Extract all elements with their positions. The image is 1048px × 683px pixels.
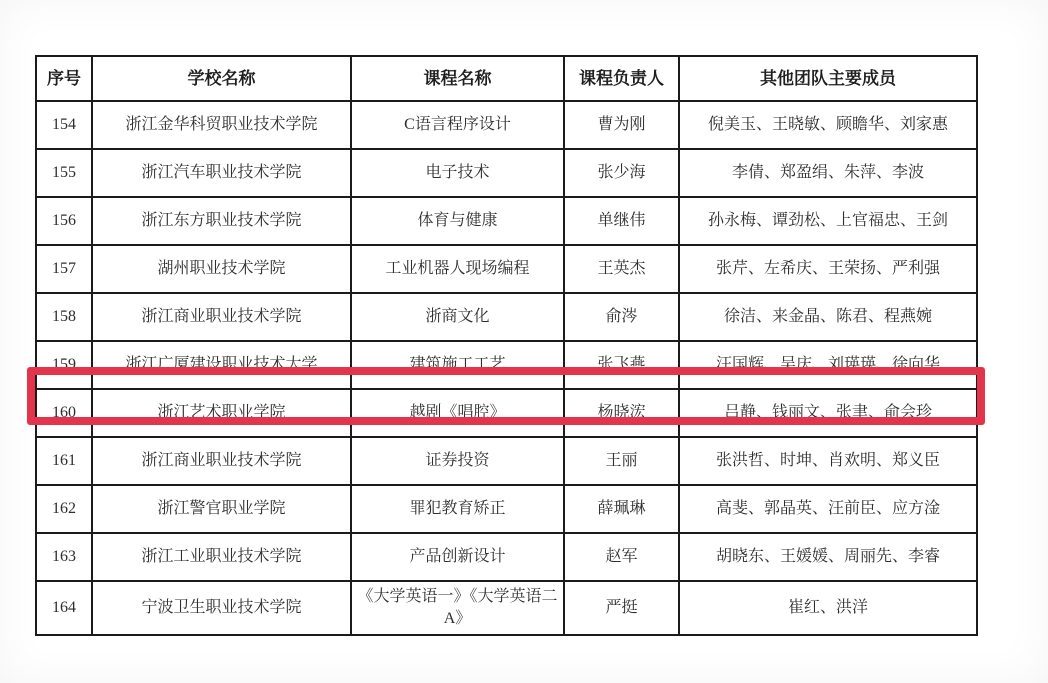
cell-members: 倪美玉、王晓敏、顾瞻华、刘家惠	[679, 101, 977, 149]
table-row: 158 浙江商业职业技术学院 浙商文化 俞涔 徐洁、来金晶、陈君、程燕婉	[36, 293, 977, 341]
cell-leader: 单继伟	[564, 197, 679, 245]
cell-no: 157	[36, 245, 92, 293]
cell-no: 163	[36, 533, 92, 581]
cell-members: 李倩、郑盈绢、朱萍、李波	[679, 149, 977, 197]
cell-course: 建筑施工工艺	[351, 341, 564, 389]
cell-members: 崔红、洪洋	[679, 581, 977, 635]
course-list-table: 序号 学校名称 课程名称 课程负责人 其他团队主要成员 154 浙江金华科贸职业…	[35, 55, 978, 636]
cell-members: 汪国辉、吴庆、刘瑛瑛、徐向华	[679, 341, 977, 389]
table-row-highlighted: 160 浙江艺术职业学院 越剧《唱腔》 杨晓浤 吕静、钱丽文、张聿、俞会珍	[36, 389, 977, 437]
cell-no: 156	[36, 197, 92, 245]
document-page: 序号 学校名称 课程名称 课程负责人 其他团队主要成员 154 浙江金华科贸职业…	[0, 0, 1048, 683]
table-row: 154 浙江金华科贸职业技术学院 C语言程序设计 曹为刚 倪美玉、王晓敏、顾瞻华…	[36, 101, 977, 149]
table-row: 159 浙江广厦建设职业技术大学 建筑施工工艺 张飞燕 汪国辉、吴庆、刘瑛瑛、徐…	[36, 341, 977, 389]
cell-school: 浙江金华科贸职业技术学院	[92, 101, 351, 149]
cell-leader: 杨晓浤	[564, 389, 679, 437]
table-header-row: 序号 学校名称 课程名称 课程负责人 其他团队主要成员	[36, 56, 977, 101]
table-row: 162 浙江警官职业学院 罪犯教育矫正 薛珮琳 高斐、郭晶英、汪前臣、应方淦	[36, 485, 977, 533]
cell-course: 产品创新设计	[351, 533, 564, 581]
cell-no: 154	[36, 101, 92, 149]
cell-school: 浙江商业职业技术学院	[92, 293, 351, 341]
cell-members: 徐洁、来金晶、陈君、程燕婉	[679, 293, 977, 341]
header-leader: 课程负责人	[564, 56, 679, 101]
cell-leader: 薛珮琳	[564, 485, 679, 533]
cell-members: 孙永梅、谭劲松、上官福忠、王剑	[679, 197, 977, 245]
cell-leader: 张飞燕	[564, 341, 679, 389]
cell-course: 工业机器人现场编程	[351, 245, 564, 293]
table-row: 164 宁波卫生职业技术学院 《大学英语一》《大学英语二A》 严挺 崔红、洪洋	[36, 581, 977, 635]
cell-members: 胡晓东、王媛媛、周丽先、李睿	[679, 533, 977, 581]
cell-school: 浙江艺术职业学院	[92, 389, 351, 437]
cell-no: 161	[36, 437, 92, 485]
cell-no: 155	[36, 149, 92, 197]
cell-members: 吕静、钱丽文、张聿、俞会珍	[679, 389, 977, 437]
cell-no: 159	[36, 341, 92, 389]
cell-school: 浙江商业职业技术学院	[92, 437, 351, 485]
cell-course: 《大学英语一》《大学英语二A》	[351, 581, 564, 635]
cell-course: 浙商文化	[351, 293, 564, 341]
cell-no: 164	[36, 581, 92, 635]
cell-members: 高斐、郭晶英、汪前臣、应方淦	[679, 485, 977, 533]
header-no: 序号	[36, 56, 92, 101]
cell-no: 160	[36, 389, 92, 437]
cell-leader: 曹为刚	[564, 101, 679, 149]
header-members: 其他团队主要成员	[679, 56, 977, 101]
table-row: 157 湖州职业技术学院 工业机器人现场编程 王英杰 张芹、左希庆、王荣扬、严利…	[36, 245, 977, 293]
cell-school: 浙江警官职业学院	[92, 485, 351, 533]
cell-leader: 俞涔	[564, 293, 679, 341]
cell-leader: 王丽	[564, 437, 679, 485]
header-course: 课程名称	[351, 56, 564, 101]
cell-school: 浙江东方职业技术学院	[92, 197, 351, 245]
cell-no: 158	[36, 293, 92, 341]
cell-leader: 张少海	[564, 149, 679, 197]
cell-course: 体育与健康	[351, 197, 564, 245]
cell-school: 浙江广厦建设职业技术大学	[92, 341, 351, 389]
table-row: 155 浙江汽车职业技术学院 电子技术 张少海 李倩、郑盈绢、朱萍、李波	[36, 149, 977, 197]
cell-leader: 严挺	[564, 581, 679, 635]
cell-school: 浙江工业职业技术学院	[92, 533, 351, 581]
cell-no: 162	[36, 485, 92, 533]
cell-school: 宁波卫生职业技术学院	[92, 581, 351, 635]
cell-leader: 赵军	[564, 533, 679, 581]
cell-course: 证券投资	[351, 437, 564, 485]
cell-school: 湖州职业技术学院	[92, 245, 351, 293]
header-school: 学校名称	[92, 56, 351, 101]
table-row: 163 浙江工业职业技术学院 产品创新设计 赵军 胡晓东、王媛媛、周丽先、李睿	[36, 533, 977, 581]
table-row: 156 浙江东方职业技术学院 体育与健康 单继伟 孙永梅、谭劲松、上官福忠、王剑	[36, 197, 977, 245]
cell-leader: 王英杰	[564, 245, 679, 293]
table-row: 161 浙江商业职业技术学院 证券投资 王丽 张洪哲、时坤、肖欢明、郑义臣	[36, 437, 977, 485]
cell-course: 罪犯教育矫正	[351, 485, 564, 533]
cell-school: 浙江汽车职业技术学院	[92, 149, 351, 197]
cell-course: 越剧《唱腔》	[351, 389, 564, 437]
cell-course: 电子技术	[351, 149, 564, 197]
cell-course: C语言程序设计	[351, 101, 564, 149]
cell-members: 张芹、左希庆、王荣扬、严利强	[679, 245, 977, 293]
cell-members: 张洪哲、时坤、肖欢明、郑义臣	[679, 437, 977, 485]
